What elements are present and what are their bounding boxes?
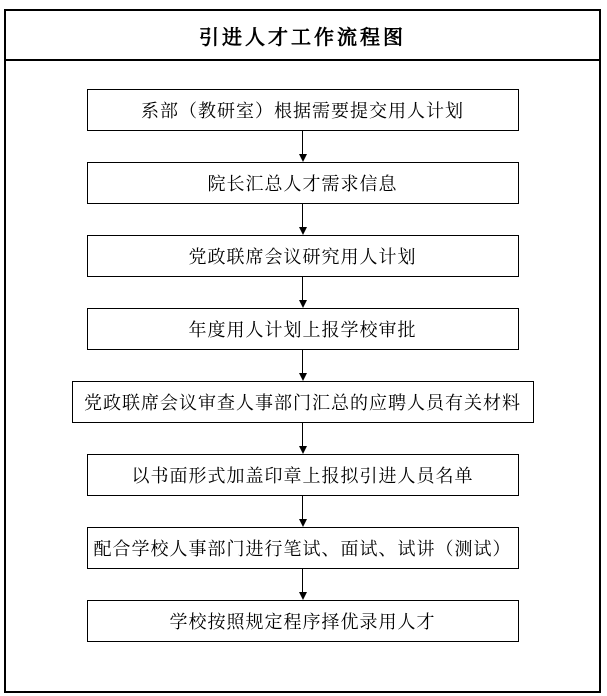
flow-step-6: 以书面形式加盖印章上报拟引进人员名单 [87, 454, 519, 496]
arrow-head [299, 519, 307, 527]
arrow-stem [302, 496, 304, 519]
arrow-stem [302, 204, 304, 227]
page-title: 引进人才工作流程图 [199, 21, 406, 50]
flow-step-label: 党政联席会议研究用人计划 [189, 243, 417, 269]
flow-step-label: 配合学校人事部门进行笔试、面试、试讲（测试） [94, 535, 512, 561]
flow-step-5: 党政联席会议审查人事部门汇总的应聘人员有关材料 [72, 381, 534, 423]
arrow-stem [302, 350, 304, 373]
flow-step-label: 党政联席会议审查人事部门汇总的应聘人员有关材料 [84, 389, 521, 415]
arrow-stem [302, 423, 304, 446]
flow-step-label: 学校按照规定程序择优录用人才 [170, 608, 436, 634]
arrow-head [299, 592, 307, 600]
flow-step-3: 党政联席会议研究用人计划 [87, 235, 519, 277]
flow-step-1: 系部（教研室）根据需要提交用人计划 [87, 89, 519, 131]
arrow-down-icon [298, 569, 308, 600]
flow-step-8: 学校按照规定程序择优录用人才 [87, 600, 519, 642]
flow-step-label: 年度用人计划上报学校审批 [189, 316, 417, 342]
flow-step-label: 系部（教研室）根据需要提交用人计划 [141, 97, 464, 123]
arrow-down-icon [298, 423, 308, 454]
flow-step-4: 年度用人计划上报学校审批 [87, 308, 519, 350]
flowchart-body: 系部（教研室）根据需要提交用人计划 院长汇总人才需求信息 党政联席会议研究用人计… [6, 61, 599, 642]
arrow-down-icon [298, 350, 308, 381]
flow-step-label: 以书面形式加盖印章上报拟引进人员名单 [132, 462, 474, 488]
arrow-stem [302, 569, 304, 592]
arrow-stem [302, 131, 304, 154]
arrow-down-icon [298, 496, 308, 527]
arrow-head [299, 227, 307, 235]
title-bar: 引进人才工作流程图 [6, 11, 599, 61]
flowchart-frame: 引进人才工作流程图 系部（教研室）根据需要提交用人计划 院长汇总人才需求信息 党… [4, 9, 601, 693]
arrow-stem [302, 277, 304, 300]
flow-step-label: 院长汇总人才需求信息 [208, 170, 398, 196]
arrow-down-icon [298, 277, 308, 308]
arrow-head [299, 300, 307, 308]
arrow-head [299, 373, 307, 381]
arrow-head [299, 446, 307, 454]
arrow-head [299, 154, 307, 162]
arrow-down-icon [298, 204, 308, 235]
flow-step-7: 配合学校人事部门进行笔试、面试、试讲（测试） [87, 527, 519, 569]
arrow-down-icon [298, 131, 308, 162]
flow-step-2: 院长汇总人才需求信息 [87, 162, 519, 204]
